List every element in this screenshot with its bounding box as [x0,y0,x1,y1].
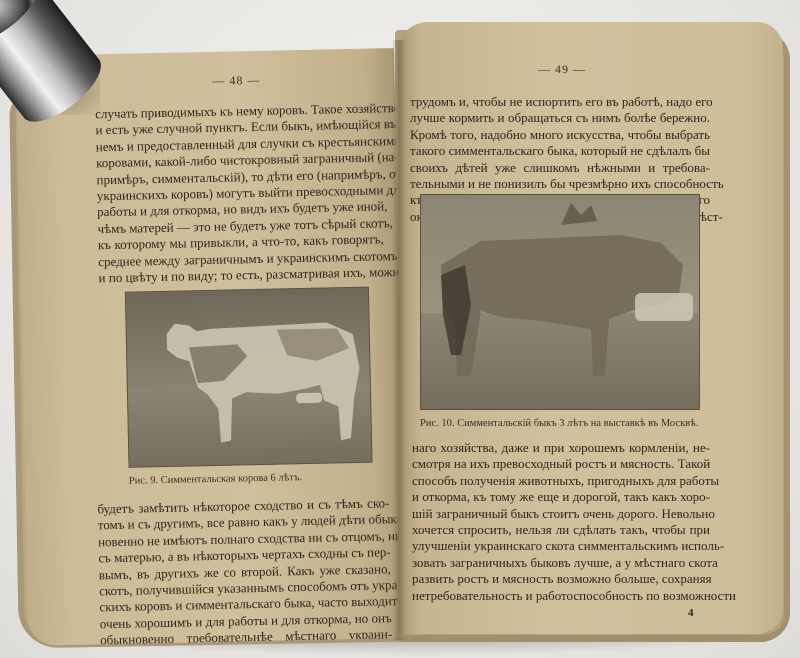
text-line: улучшеніи украинскаго скота симментальск… [412,538,710,554]
text-line: зовать заграничныхъ быковъ лучше, а у мѣ… [412,555,710,571]
right-page[interactable]: — 49 — трудомъ и, чтобы не испортить его… [398,22,783,634]
text-line: такого симментальскаго быка, который не … [410,143,710,159]
text-line: своихъ дѣтей уже слишкомъ нѣжными и треб… [410,160,710,176]
text-line: лучше кормить и обращаться съ нимъ болѣе… [410,110,710,126]
text-line: тельными и не понизилъ бы чрезмѣрно ихъ … [410,176,710,192]
text-line: развить ростъ и мясность возможно больше… [412,571,710,587]
figure-10-caption: Рис. 10. Симментальскій быкъ 3 лѣтъ на в… [420,418,698,429]
figure-9-caption: Рис. 9. Симментальская корова 6 лѣтъ. [129,472,302,487]
left-page-text-top: случать приводимыхъ къ нему коровъ. Тако… [95,100,385,286]
text-line: способъ полученія животныхъ, пригодныхъ … [412,473,710,489]
right-page-text-bottom: наго хозяйства, даже и при хорошемъ корм… [412,440,710,604]
cow-silhouette-icon [126,288,372,467]
signature-mark: 4 [688,607,694,619]
page-number-48: — 48 — [212,73,260,89]
text-line: Кромѣ того, надобно много искусства, что… [410,127,710,143]
figure-9-cow-photo [125,287,373,468]
left-page[interactable]: — 48 — случать приводимыхъ къ нему коров… [16,48,406,646]
text-line: нетребовательность и работоспособность п… [412,588,710,604]
text-line: и откорма, къ тому же еще и дорогой, так… [412,489,710,505]
bull-silhouette-icon [421,195,699,409]
book-gutter [392,40,406,640]
left-page-text-bottom: будетъ замѣтить нѣкоторое сходство и съ … [97,495,392,646]
text-line: трудомъ и, чтобы не испортить его въ раб… [410,94,710,110]
page-number-49: — 49 — [538,62,586,77]
text-line: шій заграничный быкъ стоитъ очень дорого… [412,506,710,522]
text-line: наго хозяйства, даже и при хорошемъ корм… [412,440,710,456]
text-line: смотря на ихъ превосходный ростъ и мясно… [412,456,710,472]
text-line: хочется спросить, нельзя ли сдѣлать такъ… [412,522,710,538]
figure-10-bull-photo [420,194,700,410]
